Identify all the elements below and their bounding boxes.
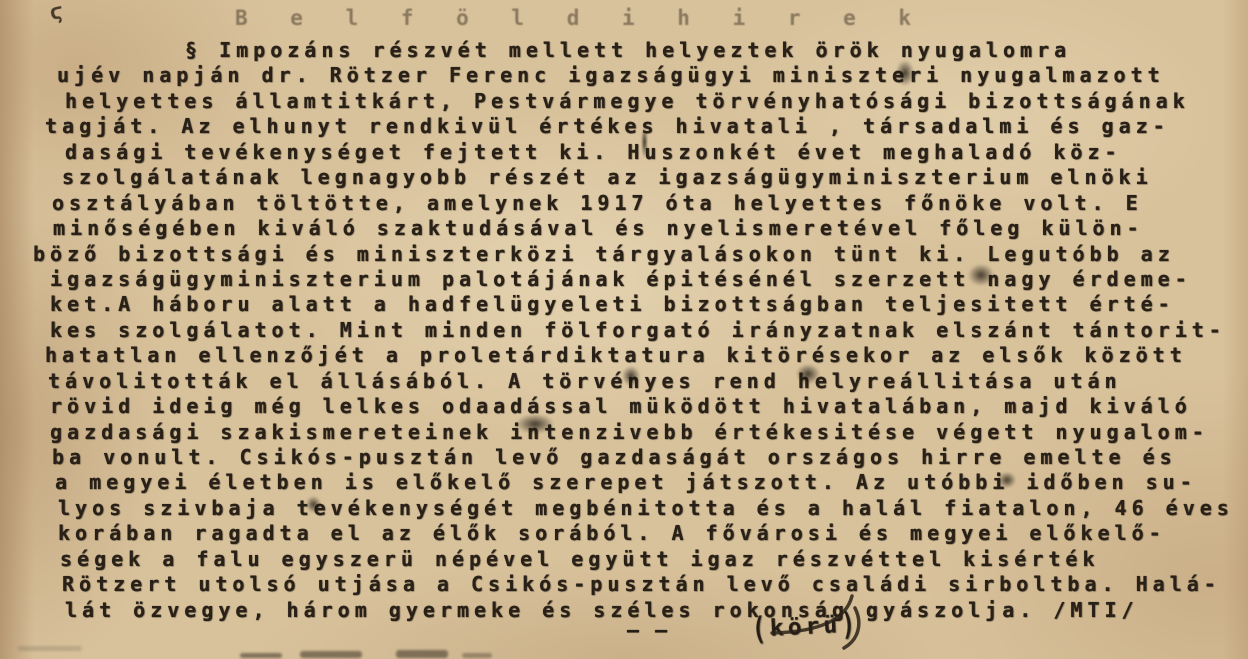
text-line: Rötzert utolsó utjása a Csikós-pusztán l… [62, 572, 1248, 597]
text-line: osztályában töltötte, amelynek 1917 óta … [52, 191, 1248, 216]
ink-smudge [796, 364, 820, 384]
text-line: dasági tevékenységet fejtett ki. Huszonk… [65, 140, 1248, 165]
text-line: a megyei életben is előkelő szerepet ját… [55, 470, 1248, 495]
annotation-word: körü [769, 612, 842, 642]
cutoff-text-fragment [240, 653, 282, 658]
text-line: korában ragadta el az élők sorából. A fő… [58, 521, 1248, 546]
cutoff-text-fragment [462, 653, 492, 658]
cutoff-text-fragment [18, 646, 82, 651]
end-of-article-dashes: — — [627, 618, 669, 642]
text-line: böző bizottsági és miniszterközi tárgyal… [33, 242, 1248, 267]
text-line: § Impozáns részvét mellett helyeztek örö… [185, 38, 1248, 63]
handwritten-corner-mark: ϛ [48, 0, 66, 26]
text-line: helyettes államtitkárt, Pestvármegye tör… [65, 89, 1248, 114]
cutoff-text-fragment [300, 651, 362, 658]
ink-smudge [641, 126, 648, 158]
section-headline: B e l f ö l d i h i r e k [235, 6, 926, 30]
text-line: ba vonult. Csikós-pusztán levő gazdaságá… [52, 445, 1248, 470]
text-line: minőségében kiváló szaktudásával és nyel… [53, 216, 1248, 241]
text-line: ujév napján dr. Rötzer Ferenc igazságügy… [57, 63, 1248, 88]
text-line: távolitották el állásából. A törvényes r… [48, 369, 1248, 394]
text-line: igazságügyminiszterium palotájának épité… [50, 267, 1248, 292]
text-line: ket.A háboru alatt a hadfelügyeleti bizo… [50, 292, 1248, 317]
text-line: ségek a falu egyszerü népével együtt iga… [60, 547, 1248, 572]
scanned-document-page: ϛ B e l f ö l d i h i r e k § Impozáns r… [0, 0, 1248, 659]
ink-smudge [306, 496, 321, 513]
ink-smudge [968, 264, 994, 286]
annotation-open-paren: ( [751, 611, 771, 647]
text-line: gazdasági szakismereteinek intenzivebb é… [50, 420, 1248, 445]
cutoff-text-fragment [396, 650, 448, 658]
annotation-close-paren: ) [840, 607, 860, 643]
text-line: kes szolgálatot. Mint minden fölforgató … [50, 318, 1248, 343]
ink-smudge [896, 60, 914, 86]
text-line: szolgálatának legnagyobb részét az igazs… [62, 165, 1248, 190]
text-line: lyos szivbaja tevékenységét megbénitotta… [58, 496, 1248, 521]
ink-smudge [516, 414, 554, 434]
handwritten-annotation: (körü) [751, 611, 859, 643]
text-line: rövid ideig még lelkes odaadással müködö… [50, 394, 1248, 419]
ink-smudge [622, 366, 640, 386]
text-line: hatatlan ellenzőjét a proletárdiktatura … [45, 343, 1248, 368]
ink-smudge [998, 472, 1016, 488]
article-body: § Impozáns részvét mellett helyeztek örö… [0, 38, 1248, 623]
